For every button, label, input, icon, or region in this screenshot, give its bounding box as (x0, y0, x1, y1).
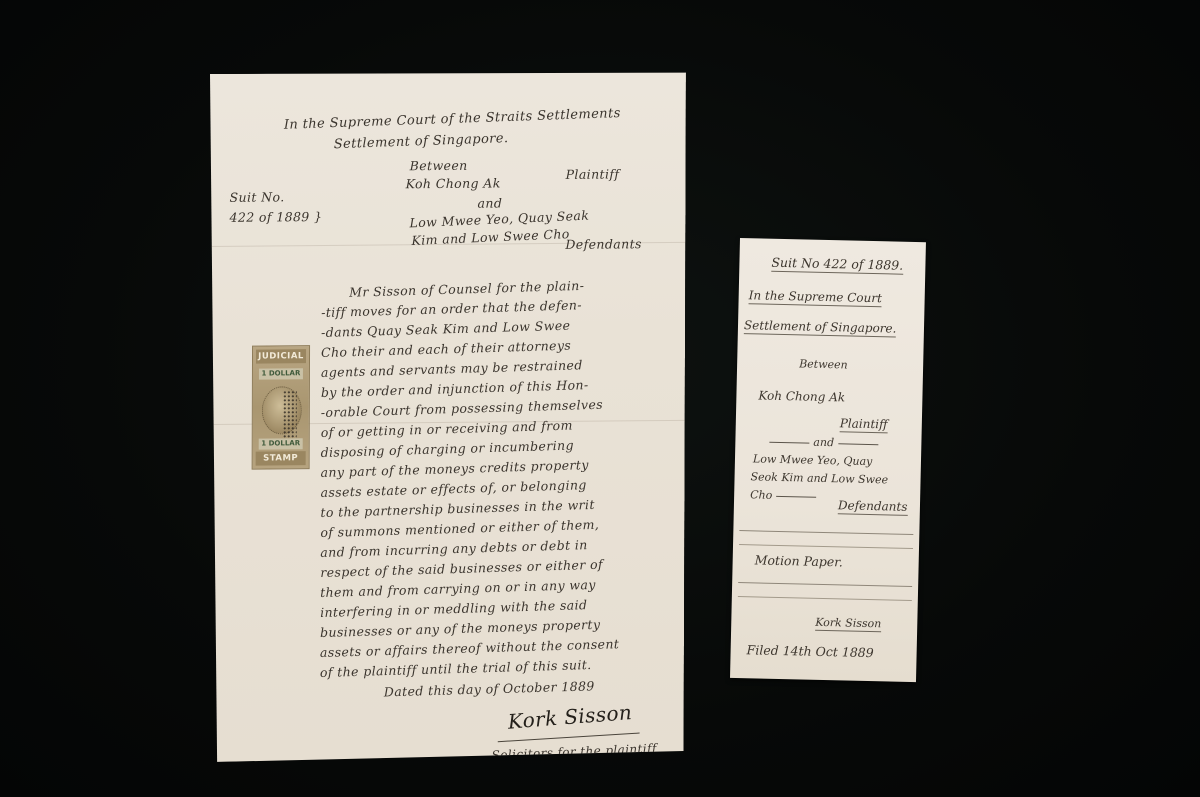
docket-court-line2: Settlement of Singapore. (744, 318, 897, 337)
docket-between: Between (799, 357, 848, 371)
motion-paper-sheet: In the Supreme Court of the Straits Sett… (208, 70, 686, 762)
docket-defendants-label: Defendants (838, 498, 908, 516)
motion-body-line: -dants Quay Seak Kim and Low Swee (321, 318, 571, 340)
motion-body-line: businesses or any of the moneys property (320, 617, 601, 640)
motion-body-line: and from incurring any debts or debt in (320, 537, 588, 560)
docket-court-line1: In the Supreme Court (749, 288, 883, 307)
plaintiff-name: Koh Chong Ak (406, 175, 501, 191)
motion-body-line: assets or affairs thereof without the co… (320, 636, 620, 660)
motion-body-line: Mr Sisson of Counsel for the plain- (349, 278, 584, 300)
motion-body-line: any part of the moneys credits property (320, 457, 588, 480)
motion-body-line: assets estate or effects of, or belongin… (320, 477, 586, 500)
court-heading-line2: Settlement of Singapore. (334, 131, 509, 152)
docket-defendants-line3: Cho (750, 488, 772, 501)
dash-rule (769, 441, 809, 443)
docket-defendants-line1: Low Mwee Yeo, Quay (753, 452, 873, 468)
motion-body-line: agents and servants may be restrained (321, 357, 583, 380)
docket-suit-number: Suit No 422 of 1889. (771, 255, 903, 275)
and-label: and (478, 195, 503, 210)
docket-plaintiff-label: Plaintiff (840, 416, 888, 433)
motion-body-line: respect of the said businesses or either… (320, 557, 603, 580)
motion-body-line: them and from carrying on or in any way (320, 577, 596, 600)
plaintiff-label: Plaintiff (566, 166, 620, 181)
docket-defendants-line2: Seok Kim and Low Swee (750, 470, 888, 486)
motion-body-line: disposing of charging or incumbering (321, 438, 574, 461)
stamp-value-bottom: 1 DOLLAR (259, 438, 303, 449)
suit-number-value: 422 of 1889 } (229, 209, 322, 225)
defendants-label: Defendants (565, 236, 641, 252)
motion-body-line: -orable Court from possessing themselves (321, 397, 603, 420)
docket-divider (739, 530, 913, 535)
motion-body-line: of or getting in or receiving and from (321, 418, 573, 440)
perforation-cancel-mark (283, 390, 297, 440)
stamp-value-top: 1 DOLLAR (259, 368, 303, 379)
docket-filed-date: Filed 14th Oct 1889 (746, 642, 873, 660)
docket-plaintiff-name: Koh Chong Ak (758, 388, 845, 404)
dash-rule (776, 495, 816, 497)
motion-body-line: -tiff moves for an order that the defen- (321, 297, 582, 320)
dated-line: Dated this day of October 1889 (384, 678, 595, 699)
suit-number-label: Suit No. (230, 189, 285, 204)
between-label: Between (410, 158, 468, 174)
motion-body-line: Cho their and each of their attorneys (321, 338, 571, 360)
solicitor-signature: Kork Sisson (507, 700, 633, 734)
docket-document-type: Motion Paper. (755, 552, 843, 569)
docket-divider (738, 596, 912, 601)
motion-body-line: of summons mentioned or either of them, (320, 517, 599, 540)
defendants-line2: Kim and Low Swee Cho (411, 226, 570, 248)
dash-rule (838, 443, 878, 445)
motion-body-line: interfering in or meddling with the said (320, 597, 588, 620)
stamp-bottom-label: STAMP (256, 451, 306, 465)
docket-divider (739, 544, 913, 549)
docket-sheet: Suit No 422 of 1889. In the Supreme Cour… (730, 238, 926, 682)
signature-underline (498, 733, 640, 743)
court-heading-line1: In the Supreme Court of the Straits Sett… (284, 106, 621, 133)
docket-divider (738, 582, 912, 587)
motion-body-line: to the partnership businesses in the wri… (320, 497, 595, 520)
motion-body-line: by the order and injunction of this Hon- (321, 377, 589, 400)
docket-and: and (813, 436, 834, 449)
docket-solicitor: Kork Sisson (815, 616, 881, 632)
motion-body-line: of the plaintiff until the trial of this… (320, 657, 592, 680)
stamp-top-label: JUDICIAL (256, 349, 306, 363)
judicial-revenue-stamp: JUDICIAL 1 DOLLAR 1 DOLLAR STAMP (252, 345, 310, 470)
